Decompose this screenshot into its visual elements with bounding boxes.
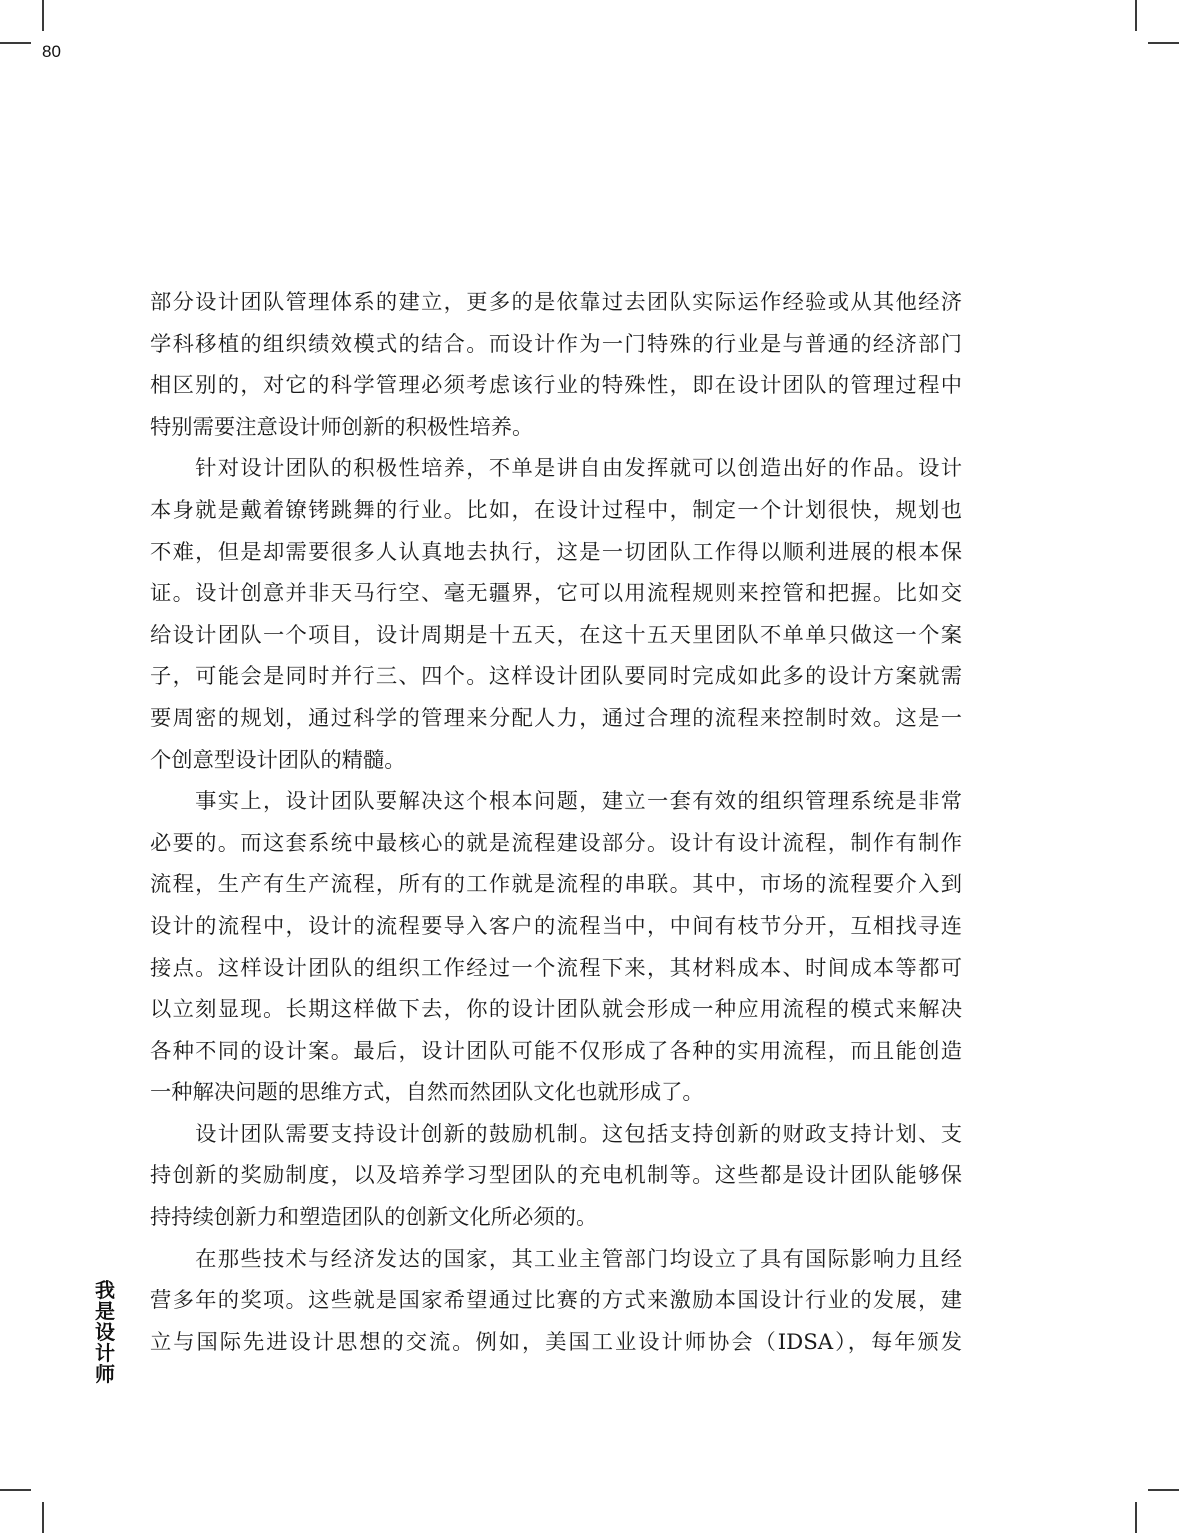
text-line: 不难，但是却需要很多人认真地去执行，这是一切团队工作得以顺利进展的根本保 bbox=[150, 532, 962, 574]
text-line: 接点。这样设计团队的组织工作经过一个流程下来，其材料成本、时间成本等都可 bbox=[150, 948, 962, 990]
text-line: 证。设计创意并非天马行空、毫无疆界，它可以用流程规则来控管和把握。比如交 bbox=[150, 573, 962, 615]
crop-mark-bottom-left-vertical bbox=[42, 1502, 44, 1533]
crop-mark-bottom-right-horizontal bbox=[1148, 1489, 1179, 1491]
text-line: 必要的。而这套系统中最核心的就是流程建设部分。设计有设计流程，制作有制作 bbox=[150, 823, 962, 865]
text-line: 营多年的奖项。这些就是国家希望通过比赛的方式来激励本国设计行业的发展，建 bbox=[150, 1280, 962, 1322]
text-line: 设计团队需要支持设计创新的鼓励机制。这包括支持创新的财政支持计划、支 bbox=[150, 1114, 962, 1156]
text-line: 一种解决问题的思维方式，自然而然团队文化也就形成了。 bbox=[150, 1072, 962, 1114]
text-line: 给设计团队一个项目，设计周期是十五天，在这十五天里团队不单单只做这一个案 bbox=[150, 615, 962, 657]
running-title-char: 设 bbox=[91, 1322, 119, 1343]
crop-mark-bottom-right-vertical bbox=[1135, 1502, 1137, 1533]
running-title-char: 师 bbox=[91, 1364, 119, 1385]
text-line: 针对设计团队的积极性培养，不单是讲自由发挥就可以创造出好的作品。设计 bbox=[150, 448, 962, 490]
text-line: 特别需要注意设计师创新的积极性培养。 bbox=[150, 407, 962, 449]
text-line: 学科移植的组织绩效模式的结合。而设计作为一门特殊的行业是与普通的经济部门 bbox=[150, 324, 962, 366]
crop-mark-top-left-vertical bbox=[42, 0, 44, 31]
text-line: 要周密的规划，通过科学的管理来分配人力，通过合理的流程来控制时效。这是一 bbox=[150, 698, 962, 740]
text-line: 子，可能会是同时并行三、四个。这样设计团队要同时完成如此多的设计方案就需 bbox=[150, 656, 962, 698]
running-title-char: 是 bbox=[91, 1301, 119, 1322]
text-line: 持持续创新力和塑造团队的创新文化所必须的。 bbox=[150, 1197, 962, 1239]
crop-mark-top-right-horizontal bbox=[1148, 42, 1179, 44]
body-text: 部分设计团队管理体系的建立，更多的是依靠过去团队实际运作经验或从其他经济 学科移… bbox=[150, 282, 962, 1363]
text-line: 个创意型设计团队的精髓。 bbox=[150, 740, 962, 782]
page-number: 80 bbox=[42, 42, 61, 62]
crop-mark-top-left-horizontal bbox=[0, 42, 31, 44]
text-line: 在那些技术与经济发达的国家，其工业主管部门均设立了具有国际影响力且经 bbox=[150, 1239, 962, 1281]
running-title-char: 我 bbox=[91, 1280, 119, 1301]
text-line: 事实上，设计团队要解决这个根本问题，建立一套有效的组织管理系统是非常 bbox=[150, 781, 962, 823]
text-line: 本身就是戴着镣铐跳舞的行业。比如，在设计过程中，制定一个计划很快，规划也 bbox=[150, 490, 962, 532]
crop-mark-bottom-left-horizontal bbox=[0, 1489, 31, 1491]
text-line: 立与国际先进设计思想的交流。例如，美国工业设计师协会（IDSA），每年颁发 bbox=[150, 1322, 962, 1364]
text-line: 流程，生产有生产流程，所有的工作就是流程的串联。其中，市场的流程要介入到 bbox=[150, 864, 962, 906]
text-line: 各种不同的设计案。最后，设计团队可能不仅形成了各种的实用流程，而且能创造 bbox=[150, 1031, 962, 1073]
running-title: 我 是 设 计 师 bbox=[91, 1280, 119, 1385]
text-line: 设计的流程中，设计的流程要导入客户的流程当中，中间有枝节分开，互相找寻连 bbox=[150, 906, 962, 948]
text-line: 部分设计团队管理体系的建立，更多的是依靠过去团队实际运作经验或从其他经济 bbox=[150, 282, 962, 324]
running-title-char: 计 bbox=[91, 1343, 119, 1364]
text-line: 持创新的奖励制度，以及培养学习型团队的充电机制等。这些都是设计团队能够保 bbox=[150, 1155, 962, 1197]
text-line: 相区别的，对它的科学管理必须考虑该行业的特殊性，即在设计团队的管理过程中 bbox=[150, 365, 962, 407]
text-line: 以立刻显现。长期这样做下去，你的设计团队就会形成一种应用流程的模式来解决 bbox=[150, 989, 962, 1031]
crop-mark-top-right-vertical bbox=[1135, 0, 1137, 31]
